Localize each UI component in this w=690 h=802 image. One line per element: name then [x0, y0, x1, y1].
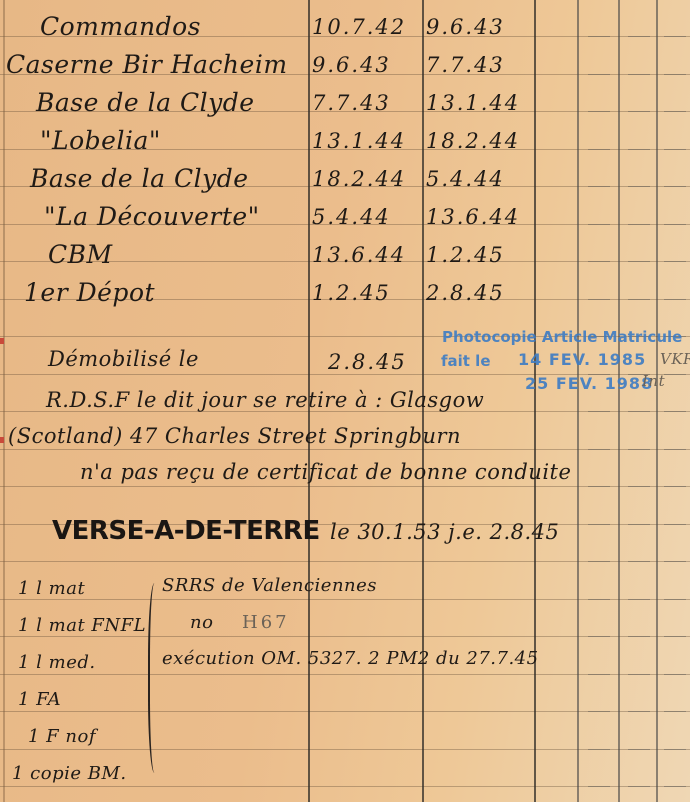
assignment-unit: CBM	[48, 240, 113, 269]
column-dash	[628, 711, 650, 712]
column-dash	[628, 486, 650, 487]
column-dash	[588, 149, 610, 150]
decoration-item: 1 copie BM.	[12, 763, 127, 784]
column-dash	[664, 224, 686, 225]
column-dash	[588, 749, 610, 750]
column-dash	[628, 636, 650, 637]
column-dash	[664, 599, 686, 600]
stamp-title: Photocopie Article Matricule	[442, 328, 682, 346]
column-dash	[628, 74, 650, 75]
assignment-from-date: 13.1.44	[312, 129, 406, 153]
column-dash	[588, 224, 610, 225]
note-line-1: R.D.S.F le dit jour se retire à : Glasgo…	[46, 388, 484, 412]
column-dash	[628, 449, 650, 450]
column-dash	[588, 186, 610, 187]
column-dash	[588, 36, 610, 37]
column-dash	[664, 261, 686, 262]
column-dash	[664, 711, 686, 712]
assignment-from-date: 7.7.43	[312, 91, 391, 115]
demobilization-label: Démobilisé le	[48, 347, 199, 371]
ruled-line	[0, 561, 690, 562]
column-dash	[664, 636, 686, 637]
column-dash	[588, 111, 610, 112]
column-dash	[628, 224, 650, 225]
column-dash	[664, 36, 686, 37]
bracket-note-line-3: exécution OM. 5327. 2 PM2 du 27.7.45	[162, 648, 539, 669]
column-dash	[664, 486, 686, 487]
column-dash	[664, 149, 686, 150]
assignment-to-date: 9.6.43	[426, 15, 505, 39]
assignment-to-date: 13.1.44	[426, 91, 520, 115]
stamp-prefix: fait le	[441, 352, 491, 370]
decoration-item: 1 l mat FNFL	[18, 615, 146, 636]
column-dash	[588, 561, 610, 562]
column-dash	[664, 411, 686, 412]
assignment-from-date: 5.4.44	[312, 205, 391, 229]
column-dash	[588, 636, 610, 637]
column-dash	[664, 524, 686, 525]
column-dash	[664, 674, 686, 675]
column-dash	[664, 749, 686, 750]
assignment-from-date: 9.6.43	[312, 53, 391, 77]
assignment-from-date: 18.2.44	[312, 167, 406, 191]
assignment-to-date: 2.8.45	[426, 281, 505, 305]
assignment-from-date: 13.6.44	[312, 243, 406, 267]
column-dash	[588, 261, 610, 262]
column-divider	[618, 0, 620, 802]
column-dash	[628, 749, 650, 750]
column-dash	[628, 111, 650, 112]
column-dash	[664, 374, 686, 375]
column-dash	[588, 674, 610, 675]
stamp-date-2: 25 FEV. 1988	[525, 374, 653, 393]
bracket-note-line-1: SRRS de Valenciennes	[162, 575, 377, 596]
bracket-note-no: no	[190, 612, 213, 633]
column-dash	[588, 524, 610, 525]
column-divider	[656, 0, 658, 802]
margin-mark	[0, 437, 4, 443]
left-margin-line	[3, 0, 5, 802]
stamp-date-1: 14 FEV. 1985	[518, 350, 646, 369]
column-dash	[628, 674, 650, 675]
column-dash	[588, 449, 610, 450]
column-dash	[628, 261, 650, 262]
demobilization-date: 2.8.45	[328, 350, 407, 374]
column-dash	[588, 599, 610, 600]
assignment-unit: "Lobelia"	[40, 126, 161, 155]
verse-a-de-terre-stamp: VERSE-A-DE-TERRE	[52, 516, 320, 546]
service-record-page: Commandos10.7.429.6.43Caserne Bir Hachei…	[0, 0, 690, 802]
bracket	[148, 583, 164, 773]
assignment-unit: Base de la Clyde	[30, 164, 249, 193]
column-dash	[588, 299, 610, 300]
ruled-line	[0, 486, 690, 487]
stamp-initials-1: VKR	[660, 350, 690, 368]
column-divider	[534, 0, 536, 802]
assignment-to-date: 5.4.44	[426, 167, 505, 191]
column-dash	[588, 74, 610, 75]
decoration-item: 1 FA	[18, 689, 61, 710]
column-dash	[628, 524, 650, 525]
column-divider	[577, 0, 579, 802]
column-dash	[588, 411, 610, 412]
column-dash	[588, 711, 610, 712]
column-dash	[664, 561, 686, 562]
assignment-unit: Commandos	[40, 12, 201, 41]
decoration-item: 1 l med.	[18, 652, 96, 673]
ruled-line	[0, 674, 690, 675]
decoration-item: 1 l mat	[18, 578, 85, 599]
assignment-to-date: 13.6.44	[426, 205, 520, 229]
column-dash	[628, 561, 650, 562]
column-dash	[628, 786, 650, 787]
ruled-line	[0, 711, 690, 712]
column-dash	[664, 786, 686, 787]
column-dash	[664, 449, 686, 450]
stamp-initials-2: Int	[642, 372, 665, 390]
ruled-line	[0, 449, 690, 450]
assignment-from-date: 1.2.45	[312, 281, 391, 305]
column-dash	[628, 36, 650, 37]
ruled-line	[0, 636, 690, 637]
column-dash	[664, 186, 686, 187]
column-dash	[664, 299, 686, 300]
column-dash	[628, 299, 650, 300]
ruled-line	[0, 599, 690, 600]
column-dash	[664, 111, 686, 112]
column-dash	[628, 149, 650, 150]
ruled-line	[0, 749, 690, 750]
ruled-line	[0, 786, 690, 787]
stamp-annotation: le 30.1.53 j.e. 2.8.45	[330, 520, 559, 544]
assignment-unit: Caserne Bir Hacheim	[6, 50, 288, 79]
column-dash	[588, 486, 610, 487]
margin-mark	[0, 338, 4, 344]
assignment-unit: "La Découverte"	[44, 202, 260, 231]
note-line-2: (Scotland) 47 Charles Street Springburn	[8, 424, 461, 448]
assignment-from-date: 10.7.42	[312, 15, 406, 39]
decoration-item: 1 F nof	[28, 726, 96, 747]
column-dash	[628, 599, 650, 600]
bracket-note-number: H67	[242, 612, 290, 633]
column-dash	[664, 74, 686, 75]
assignment-to-date: 7.7.43	[426, 53, 505, 77]
note-line-3: n'a pas reçu de certificat de bonne cond…	[80, 460, 571, 484]
assignment-unit: 1er Dépot	[24, 278, 155, 307]
column-dash	[588, 786, 610, 787]
assignment-to-date: 1.2.45	[426, 243, 505, 267]
assignment-to-date: 18.2.44	[426, 129, 520, 153]
assignment-unit: Base de la Clyde	[36, 88, 255, 117]
column-dash	[628, 411, 650, 412]
column-dash	[628, 186, 650, 187]
